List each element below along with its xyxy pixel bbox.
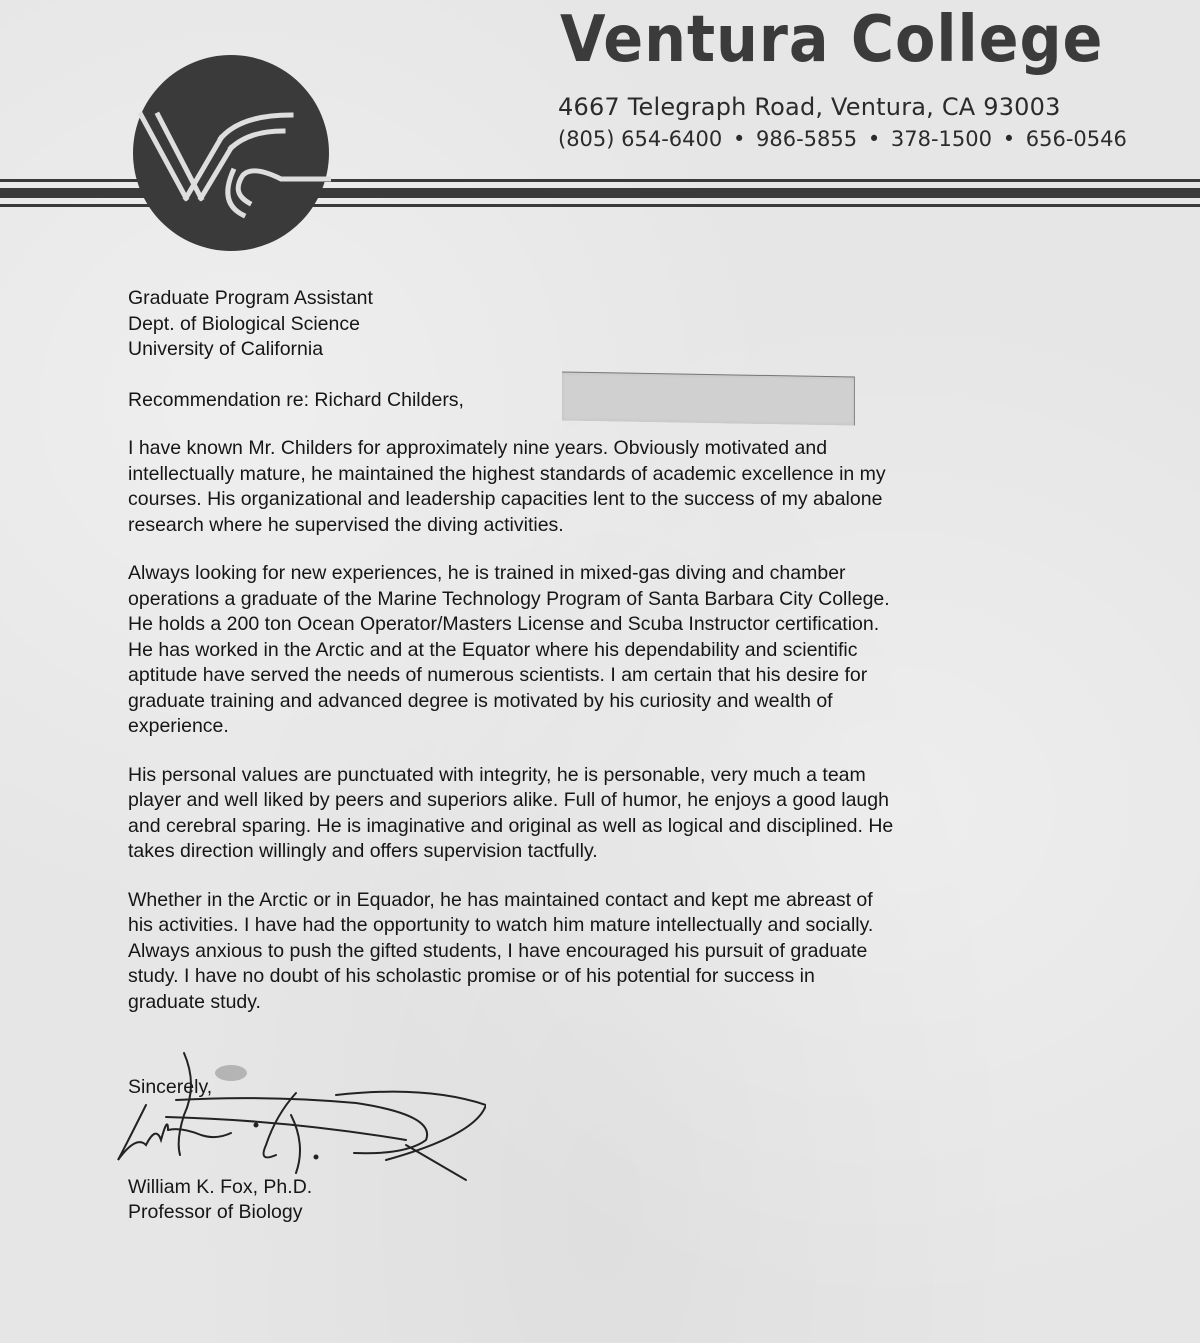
signer-title: Professor of Biology — [128, 1200, 1058, 1226]
paragraph: His personal values are punctuated with … — [128, 763, 1058, 865]
paragraph: I have known Mr. Childers for approximat… — [128, 436, 1058, 538]
paragraph: Always looking for new experiences, he i… — [128, 561, 1058, 740]
college-name: Ventura College — [560, 8, 1103, 72]
redaction-box — [562, 371, 855, 425]
subject-line: Recommendation re: Richard Childers, — [128, 388, 1058, 414]
salutation: Sincerely, — [128, 1075, 1058, 1101]
closing-block: Sincerely, William K. Fox, Ph.D. Profess… — [128, 1075, 1058, 1226]
paragraph: Whether in the Arctic or in Equador, he … — [128, 888, 1058, 1016]
bullet-separator: • — [999, 127, 1019, 151]
ventura-college-logo-icon — [131, 53, 331, 253]
signer-block: William K. Fox, Ph.D. Professor of Biolo… — [128, 1175, 1058, 1226]
college-address: 4667 Telegraph Road, Ventura, CA 93003 — [558, 93, 1061, 121]
letter-body: Graduate Program Assistant Dept. of Biol… — [128, 286, 1058, 1226]
phone-number: 378-1500 — [891, 127, 992, 151]
recipient-line: University of California — [128, 337, 1058, 363]
phone-number: 656-0546 — [1026, 127, 1127, 151]
phone-number: 986-5855 — [756, 127, 857, 151]
signer-name: William K. Fox, Ph.D. — [128, 1175, 1058, 1201]
recipient-line: Dept. of Biological Science — [128, 312, 1058, 338]
subject-text: Recommendation re: Richard Childers, — [128, 389, 464, 411]
bullet-separator: • — [864, 127, 884, 151]
bullet-separator: • — [729, 127, 749, 151]
college-phone-numbers: (805) 654-6400 • 986-5855 • 378-1500 • 6… — [558, 127, 1127, 151]
recipient-line: Graduate Program Assistant — [128, 286, 1058, 312]
phone-number: (805) 654-6400 — [558, 127, 722, 151]
recipient-address: Graduate Program Assistant Dept. of Biol… — [128, 286, 1058, 363]
